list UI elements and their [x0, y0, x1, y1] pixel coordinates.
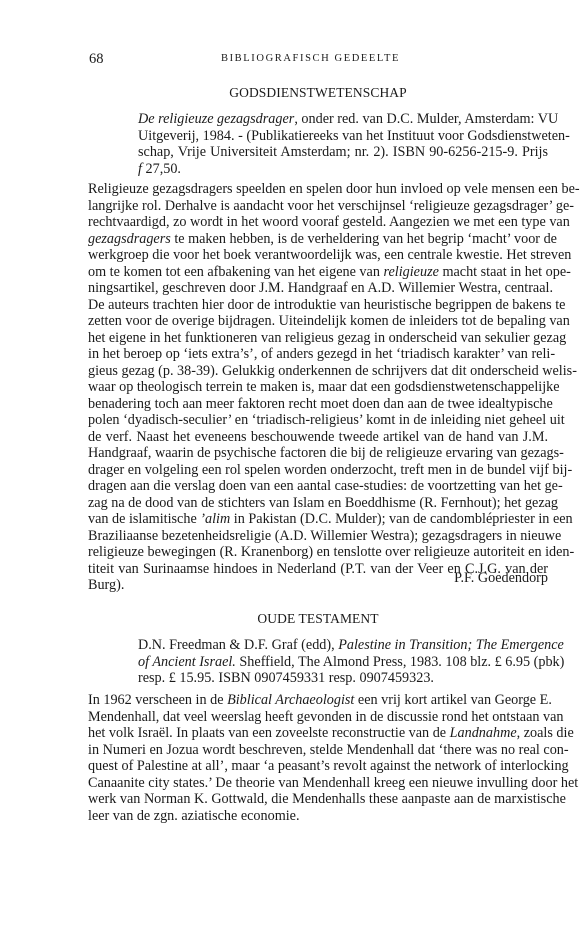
text-line: De religieuze gezagsdrager, onder red. v…	[138, 111, 548, 128]
reviewer-signature: P.F. Goedendorp	[454, 570, 548, 587]
text-line: drager en volgeling een rol spelen worde…	[88, 462, 548, 479]
text-line: of Ancient Israel. Sheffield, The Almond…	[138, 654, 548, 671]
text-line: van de islamitische ’alim in Pakistan (D…	[88, 511, 548, 528]
text-line: benadering toch aan meer faktoren recht …	[88, 396, 548, 413]
text-line: quest of Palestine at all’, maar ‘a peas…	[88, 758, 548, 775]
text-line: f 27,50.	[138, 161, 548, 178]
text-line: polen ‘dyadisch-seculier’ en ‘triadisch-…	[88, 412, 548, 429]
text-line: in Numeri en Jozua wordt beschreven, ste…	[88, 742, 548, 759]
text-line: in het beroep op ‘iets extra’s’, of ande…	[88, 346, 548, 363]
text-line: religieuze bewegingen (R. Kranenborg) en…	[88, 544, 548, 561]
text-line: Mendenhall, dat veel weerslag heeft gevo…	[88, 709, 548, 726]
text-line: zag na de dood van de stichters van Isla…	[88, 495, 548, 512]
text-line: waar op theologisch terrein te maken is,…	[88, 379, 548, 396]
text-line: werk van Norman K. Gottwald, die Mendenh…	[88, 791, 548, 808]
text-line: het eigene in het funktioneren van relig…	[88, 330, 548, 347]
text-line: werkgroep die voor het boek verantwoorde…	[88, 247, 548, 264]
text-line: ningsartikel, geschreven door J.M. Handg…	[88, 280, 548, 297]
book-citation: D.N. Freedman & D.F. Graf (edd), Palesti…	[138, 637, 548, 687]
text-line: gieus gezag (p. 38-39). Gelukkig onderke…	[88, 363, 548, 380]
text-line: de verf. Naast het eveneens beschouwende…	[88, 429, 548, 446]
text-line: Braziliaanse bezetenheidsreligie (A.D. W…	[88, 528, 548, 545]
review-body: Religieuze gezagsdragers speelden en spe…	[88, 181, 548, 594]
text-line: leer van de zgn. aziatische economie.	[88, 808, 548, 825]
text-line: Canaanite city states.’ De theorie van M…	[88, 775, 548, 792]
text-line: D.N. Freedman & D.F. Graf (edd), Palesti…	[138, 637, 548, 654]
text-line: resp. £ 15.95. ISBN 0907459331 resp. 090…	[138, 670, 548, 687]
book-citation: De religieuze gezagsdrager, onder red. v…	[138, 111, 548, 177]
section-title-godsdienstwetenschap: GODSDIENSTWETENSCHAP	[88, 85, 548, 101]
text-line: schap, Vrije Universiteit Amsterdam; nr.…	[138, 144, 548, 161]
text-line: zetten voor de overige bijdragen. Uitein…	[88, 313, 548, 330]
text-line: rechtvaardigd, zo wordt in het woord voo…	[88, 214, 548, 231]
text-line: In 1962 verscheen in de Biblical Archaeo…	[88, 692, 548, 709]
text-line: Handgraaf, waarin de psychische factoren…	[88, 445, 548, 462]
section-title-oude-testament: OUDE TESTAMENT	[88, 611, 548, 627]
text-line: Religieuze gezagsdragers speelden en spe…	[88, 181, 548, 198]
text-line: dragen aan die verslag doen van een aant…	[88, 478, 548, 495]
text-line: Uitgeverij, 1984. - (Publikatiereeks van…	[138, 128, 548, 145]
text-line: langrijke rol. Derhalve is aandacht voor…	[88, 198, 548, 215]
text-line: om te komen tot een afbakening van het e…	[88, 264, 548, 281]
review-body: In 1962 verscheen in de Biblical Archaeo…	[88, 692, 548, 824]
running-head: BIBLIOGRAFISCH GEDEELTE	[0, 53, 585, 64]
text-line: het volk Israël. In plaats van een zovee…	[88, 725, 548, 742]
text-line: gezagsdragers te maken hebben, is de ver…	[88, 231, 548, 248]
text-line: De auteurs trachten hier door de introdu…	[88, 297, 548, 314]
